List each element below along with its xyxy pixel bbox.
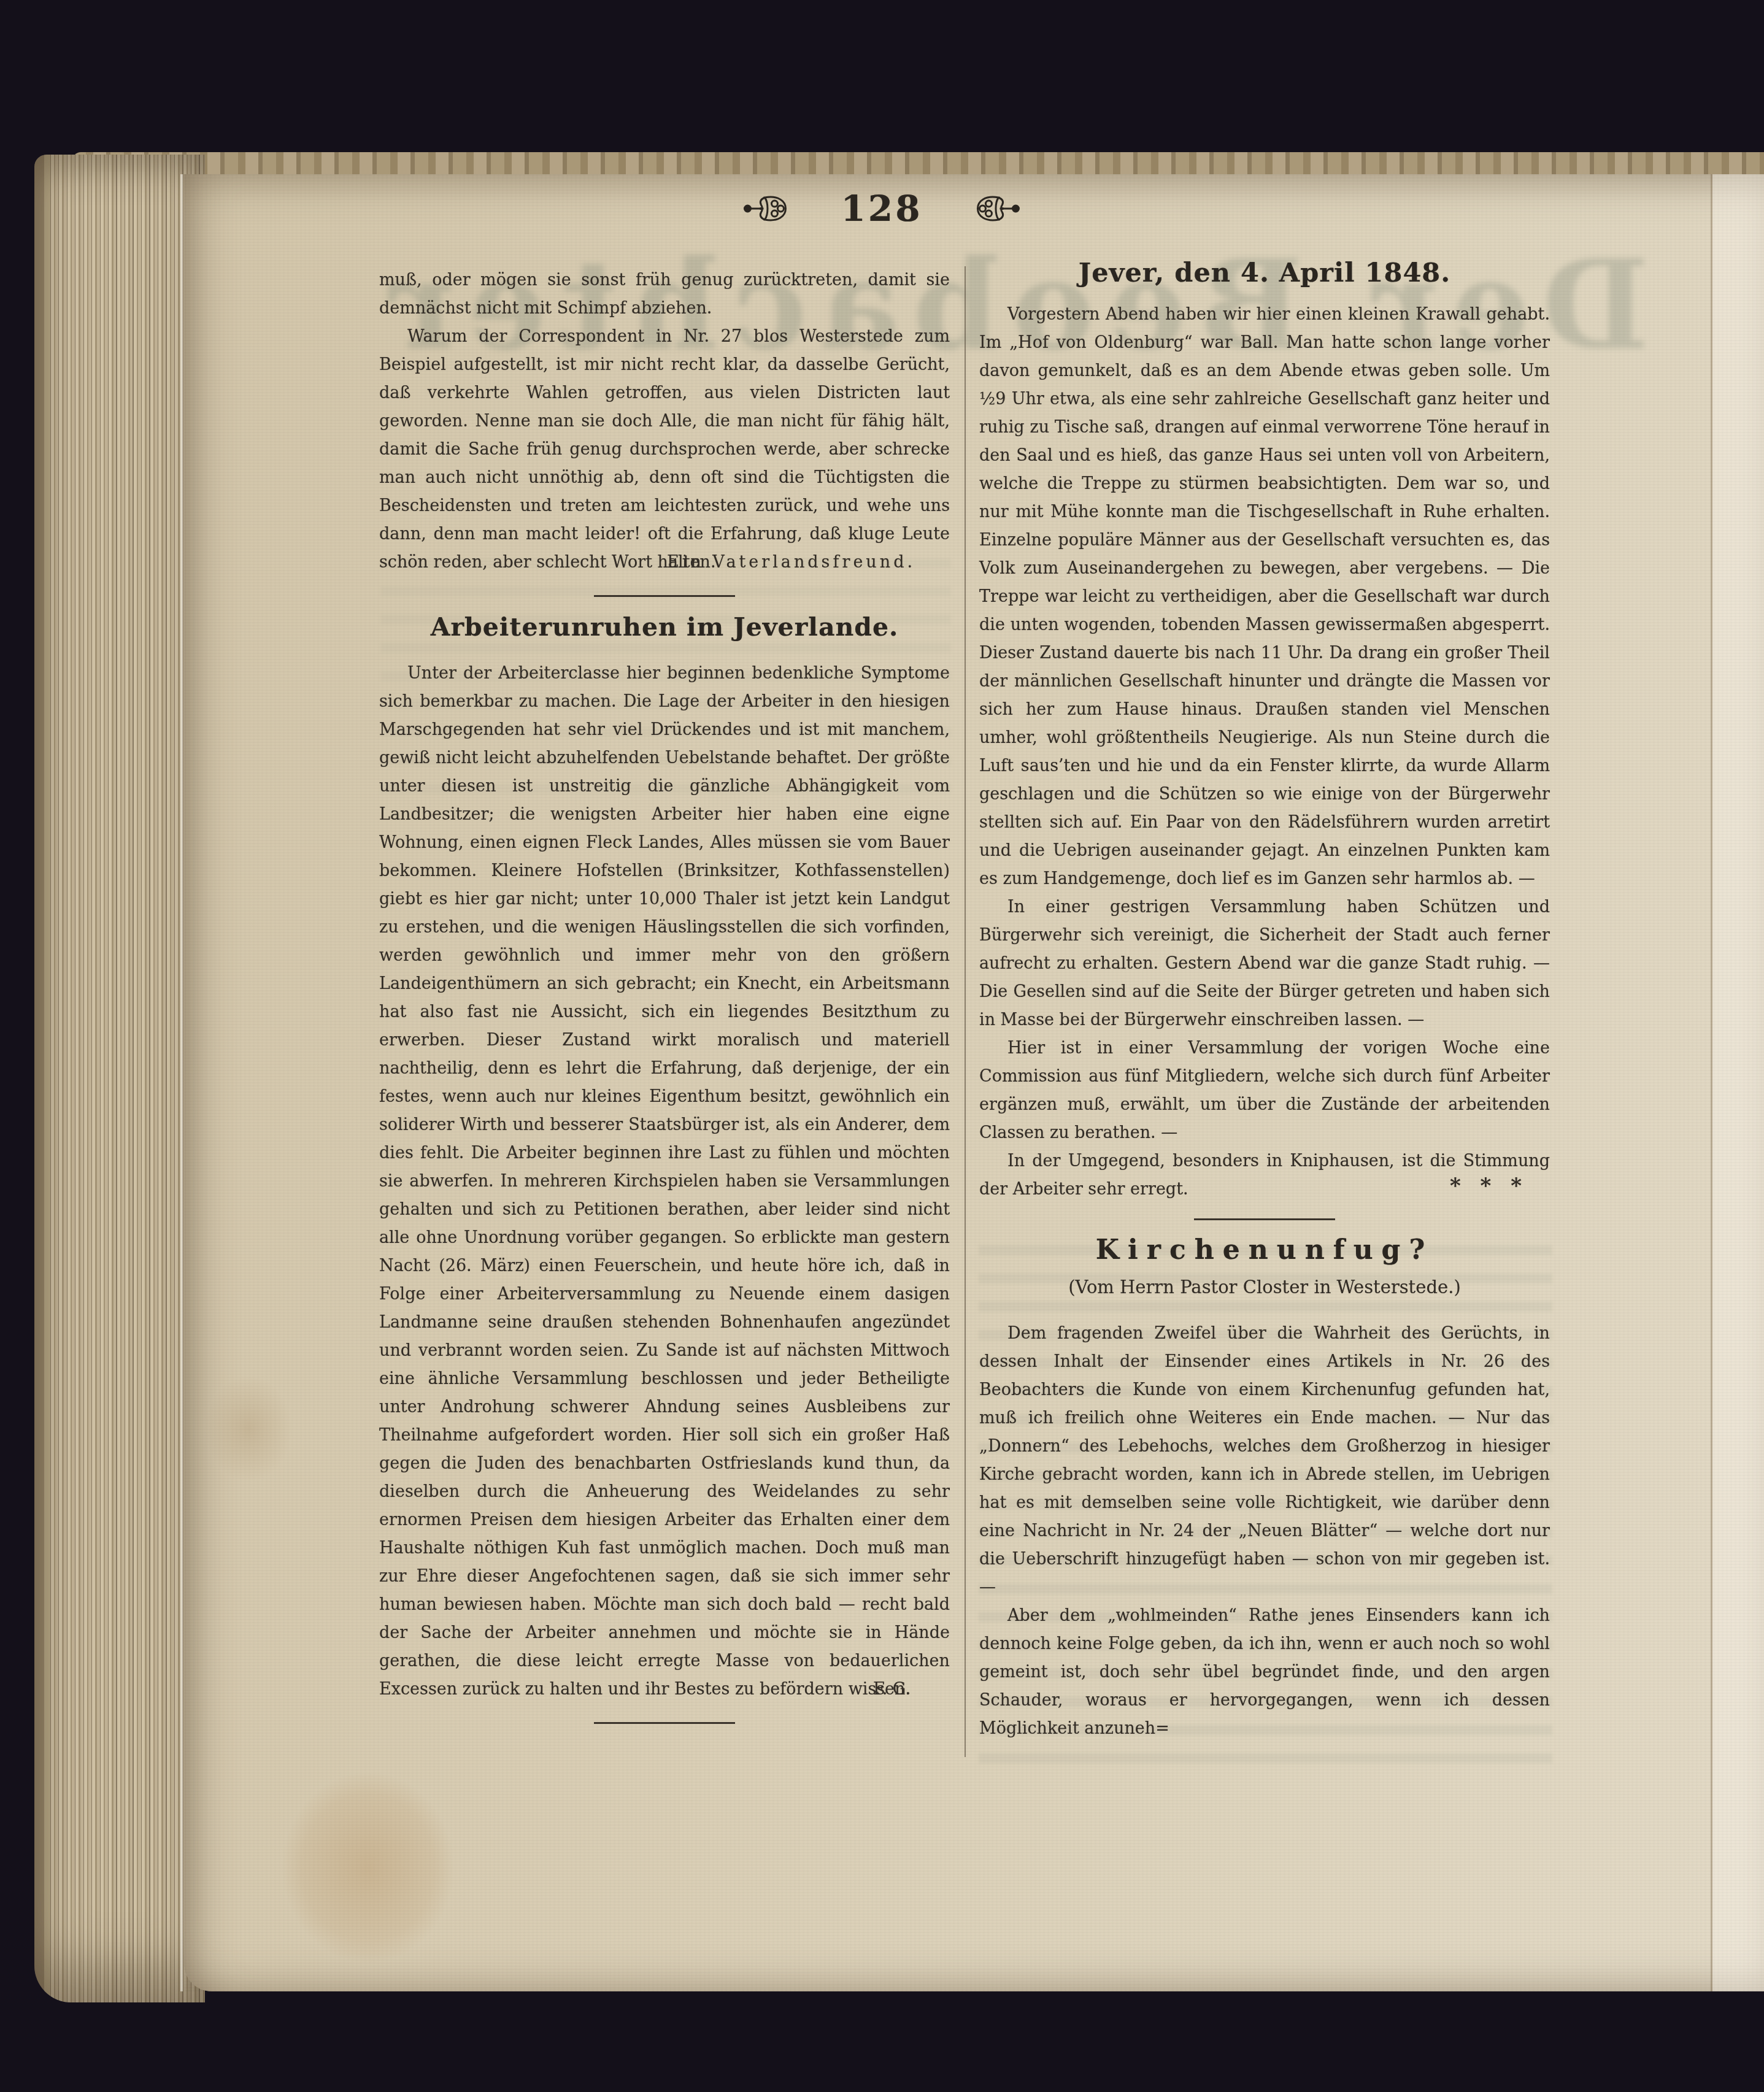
section-rule	[1194, 1218, 1335, 1220]
article-title-kirchenunfug: Kirchenunfug?	[979, 1236, 1550, 1264]
page-edge-highlight	[180, 174, 183, 1991]
paper-stain	[190, 1358, 307, 1499]
left-column: muß, oder mögen sie sonst früh genug zur…	[379, 266, 950, 1740]
jever-paragraph-3: Hier ist in einer Versammlung der vorige…	[979, 1034, 1550, 1147]
page-number: 128	[841, 188, 922, 229]
book-page-stack-edge	[34, 155, 205, 2002]
photo-background: Der Beobachter 128	[0, 0, 1764, 2092]
kirchenunfug-subtitle: (Vom Herrn Pastor Closter in Westerstede…	[979, 1273, 1550, 1301]
floral-ornament-left-icon	[742, 193, 796, 225]
jever-paragraph-1: Vorgestern Abend haben wir hier einen kl…	[979, 301, 1550, 893]
kirchenunfug-paragraph-1: Dem fragenden Zweifel über die Wahrheit …	[979, 1320, 1550, 1602]
right-column: Jever, den 4. April 1848. Vorgestern Abe…	[979, 259, 1550, 1743]
section-rule	[594, 1722, 735, 1724]
column-divider	[965, 266, 966, 1757]
article-title-jever: Jever, den 4. April 1848.	[979, 259, 1550, 287]
floral-ornament-right-icon	[967, 193, 1021, 225]
paper-stain	[258, 1745, 479, 1990]
article-title-arbeiterunruhen: Arbeiterunruhen im Jeverlande.	[379, 613, 950, 641]
kirchenunfug-paragraph-2: Aber dem „wohlmeinden“ Rathe jenes Einse…	[979, 1602, 1550, 1743]
arbeiterunruhen-body: Unter der Arbeiterclasse hier beginnen b…	[379, 660, 950, 1704]
page-fold-margin	[1712, 174, 1764, 1991]
page-header: 128	[742, 188, 1020, 229]
book-page: Der Beobachter 128	[184, 174, 1764, 1991]
section-rule	[594, 595, 735, 597]
correspondent-paragraph: Warum der Correspondent in Nr. 27 blos W…	[379, 323, 950, 577]
jever-paragraph-2: In einer gestrigen Versammlung haben Sch…	[979, 893, 1550, 1034]
continuation-paragraph: muß, oder mögen sie sonst früh genug zur…	[379, 266, 950, 323]
book-top-edge	[72, 152, 1764, 177]
